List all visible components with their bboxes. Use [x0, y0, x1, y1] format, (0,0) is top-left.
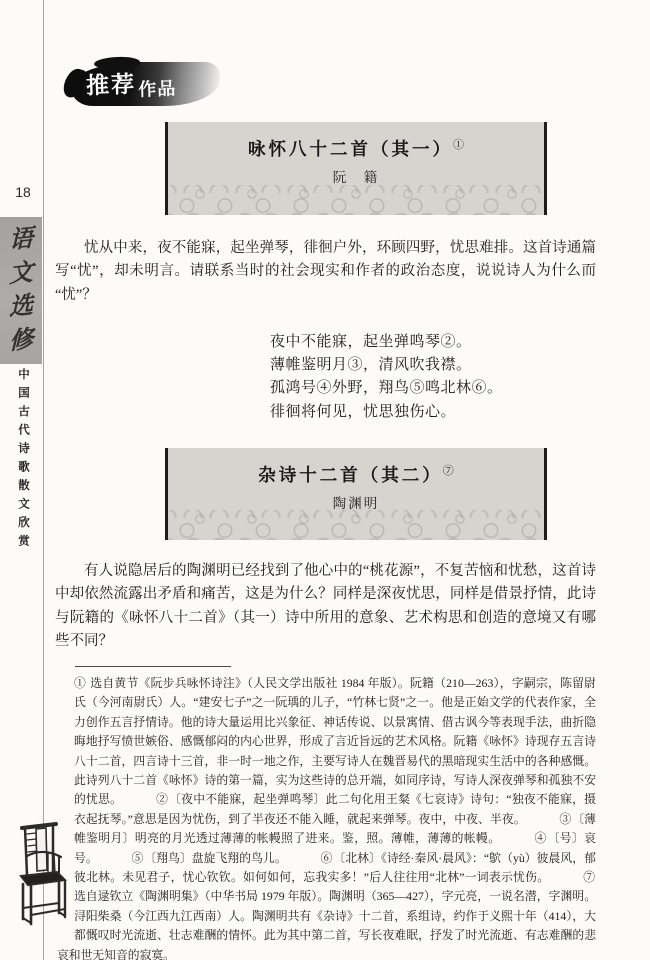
band-char: 语: [9, 227, 33, 254]
margin-rule: [43, 0, 44, 960]
poem-line: 孤鸿号④外野，翔鸟⑤鸣北林⑥。: [270, 377, 503, 400]
textbook-page: 18 语 文 选 修 中国古代诗歌散文欣赏 推荐作品 咏怀八十二首（其一）① 阮…: [0, 0, 650, 960]
band-char: 选: [9, 294, 33, 321]
footnote-divider: [75, 666, 231, 667]
poem1-title-banner: 咏怀八十二首（其一）① 阮 籍: [165, 122, 547, 215]
chair-illustration-icon: [14, 820, 70, 932]
footnote: ① 选自黄节《阮步兵咏怀诗注》（人民文学出版社 1984 年版）。阮籍（210—…: [74, 676, 596, 806]
poem2-title: 杂诗十二首（其二）⑦: [165, 462, 547, 487]
poem2-title-banner: 杂诗十二首（其二）⑦ 陶渊明: [165, 448, 547, 540]
band-char: 文: [9, 260, 33, 287]
poem1-title-footnote-ref: ①: [453, 139, 464, 151]
poem1-intro-paragraph: 忧从中来，夜不能寐，起坐弹琴，徘徊户外，环顾四野，忧思难排。这首诗通篇写“忧”，…: [55, 237, 596, 307]
poem2-title-footnote-ref: ⑦: [443, 465, 454, 477]
page-number: 18: [8, 184, 38, 200]
series-title-vertical: 中国古代诗歌散文欣赏: [15, 368, 31, 553]
poem2-author: 陶渊明: [165, 492, 547, 512]
poem-line: 夜中不能寐，起坐弹鸣琴②。: [270, 331, 503, 354]
footnote: ②〔夜中不能寐，起坐弹鸣琴〕此二句化用王粲《七哀诗》诗句：“独夜不能寐，摄衣起抚…: [74, 792, 596, 825]
poem1-author: 阮 籍: [165, 166, 547, 186]
sidebar-course-band: 语 文 选 修: [0, 217, 42, 364]
section-badge-label: 推荐作品: [85, 64, 174, 100]
cloud-pattern-decoration: [168, 510, 544, 540]
cloud-pattern-decoration: [168, 185, 544, 215]
poem-line: 薄帷鉴明月③，清风吹我襟。: [270, 354, 503, 377]
poem2-intro-paragraph: 有人说隐居后的陶渊明已经找到了他心中的“桃花源”，不复苦恼和忧愁，这首诗中却依然…: [55, 560, 596, 654]
band-char: 修: [9, 328, 33, 355]
poem-line: 徘徊将何见，忧思独伤心。: [270, 401, 503, 424]
footnote: ⑤〔翔鸟〕盘旋飞翔的鸟儿。: [131, 851, 286, 865]
poem1-title: 咏怀八十二首（其一）①: [165, 136, 547, 161]
poem1-text: 夜中不能寐，起坐弹鸣琴②。 薄帷鉴明月③，清风吹我襟。 孤鸿号④外野，翔鸟⑤鸣北…: [270, 331, 503, 424]
footnotes-block: ① 选自黄节《阮步兵咏怀诗注》（人民文学出版社 1984 年版）。阮籍（210—…: [57, 674, 596, 960]
section-badge: 推荐作品: [72, 58, 222, 110]
